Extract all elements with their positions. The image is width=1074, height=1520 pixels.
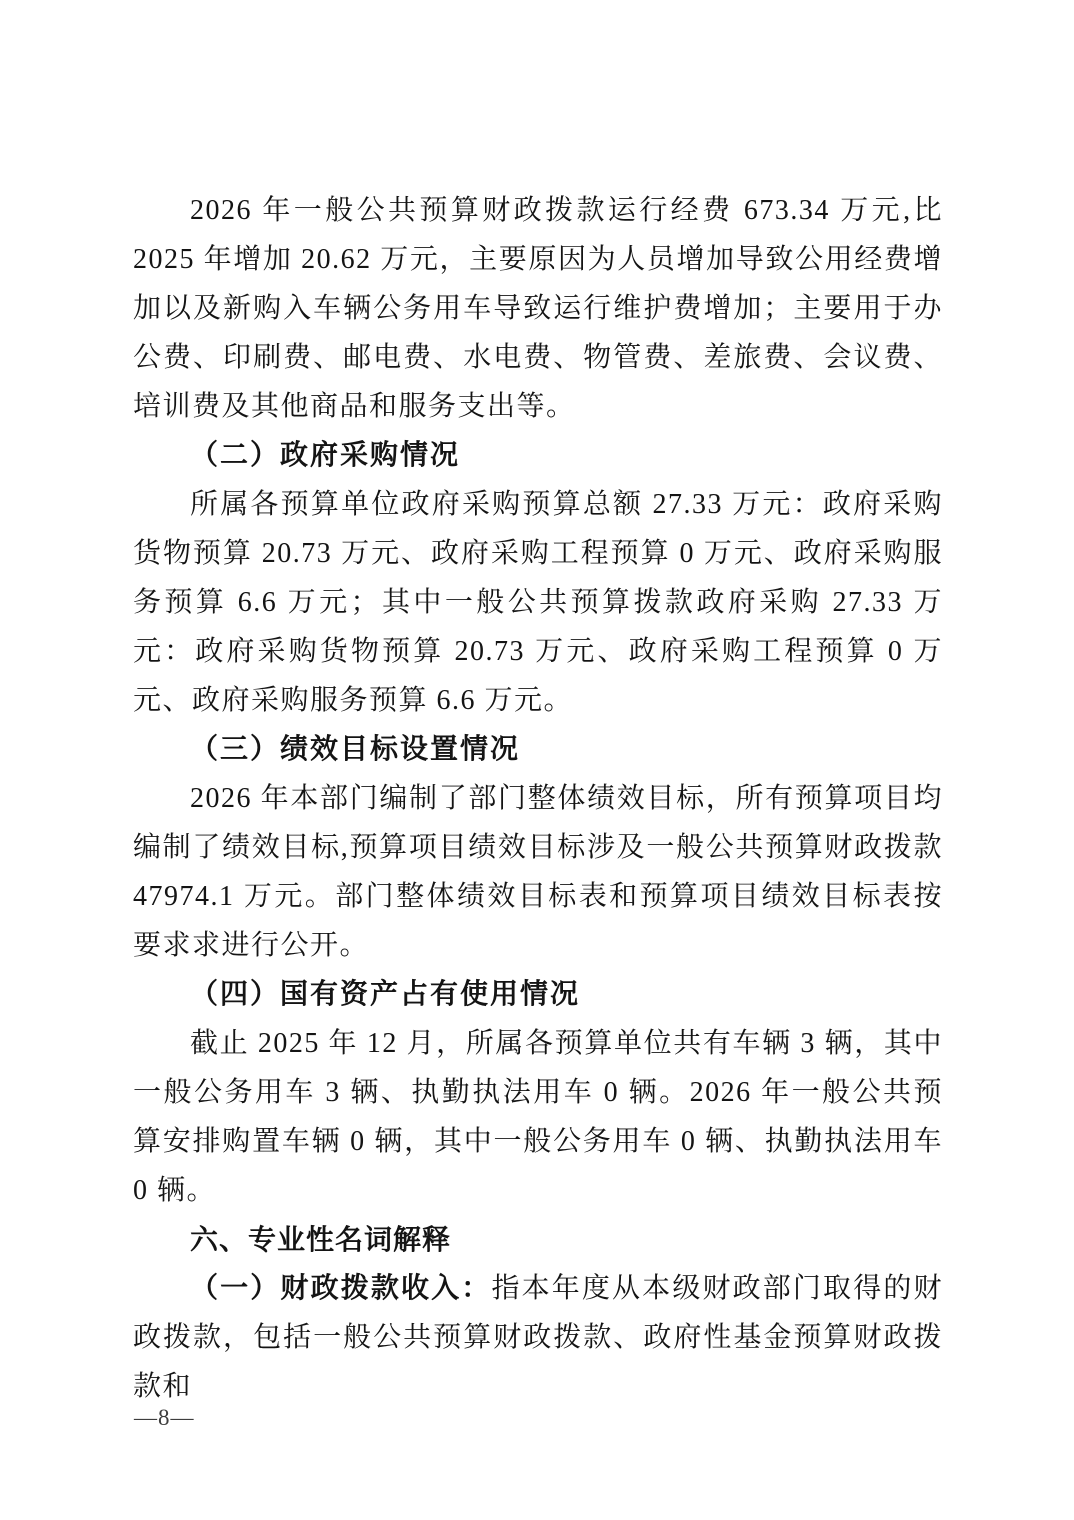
- page-number: —8—: [134, 1405, 195, 1431]
- heading-section-3-performance-targets: （三）绩效目标设置情况: [133, 725, 943, 774]
- heading-section-2-government-procurement: （二）政府采购情况: [133, 431, 943, 480]
- term-lead-fiscal-appropriation-income: （一）财政拨款收入：: [190, 1273, 491, 1304]
- document-page: 2026 年一般公共预算财政拨款运行经费 673.34 万元,比 2025 年增…: [0, 0, 1074, 1520]
- paragraph-running-costs: 2026 年一般公共预算财政拨款运行经费 673.34 万元,比 2025 年增…: [133, 186, 943, 431]
- heading-section-6-terminology: 六、专业性名词解释: [133, 1215, 943, 1264]
- paragraph-state-assets-vehicles: 截止 2025 年 12 月，所属各预算单位共有车辆 3 辆，其中一般公务用车 …: [133, 1019, 943, 1215]
- paragraph-term-fiscal-appropriation: （一）财政拨款收入：指本年度从本级财政部门取得的财政拨款，包括一般公共预算财政拨…: [133, 1264, 943, 1411]
- page-content: 2026 年一般公共预算财政拨款运行经费 673.34 万元,比 2025 年增…: [133, 186, 943, 1411]
- paragraph-procurement-budget: 所属各预算单位政府采购预算总额 27.33 万元：政府采购货物预算 20.73 …: [133, 480, 943, 725]
- heading-section-4-state-assets: （四）国有资产占有使用情况: [133, 970, 943, 1019]
- paragraph-performance-targets: 2026 年本部门编制了部门整体绩效目标，所有预算项目均编制了绩效目标,预算项目…: [133, 774, 943, 970]
